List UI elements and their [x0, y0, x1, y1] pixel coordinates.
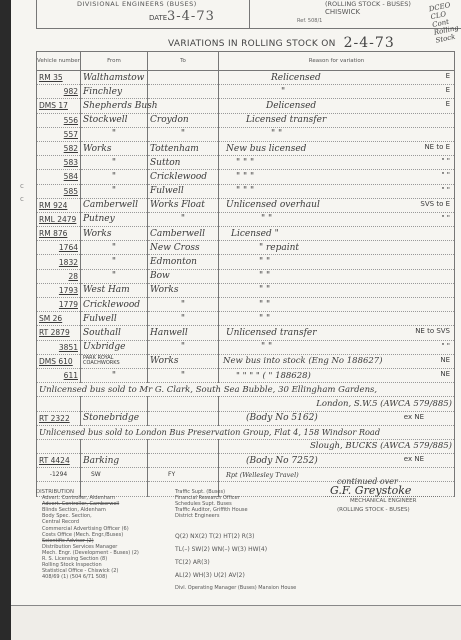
reason-text: Unlicensed transfer [226, 328, 317, 338]
vehicle-number: DMS 17 [37, 99, 81, 113]
from-cell: Uxbridge [81, 340, 148, 354]
to-cell: Works [148, 354, 219, 368]
code-text: E [446, 86, 450, 94]
sale-note-2-address: Slough, BUCKS (AWCA 579/885) [219, 439, 455, 453]
from-cell: " [81, 184, 148, 198]
table-row: 1832"Edmonton" " [37, 255, 455, 269]
reason-text: " " [259, 314, 270, 324]
to-cell: Works [148, 283, 219, 297]
reason-text: Licensed transfer [246, 115, 326, 125]
reason-cell: "E [219, 85, 455, 99]
reason-cell: " " [219, 283, 455, 297]
to-cell: Camberwell [148, 227, 219, 241]
col-reason: Reason for variation [219, 52, 455, 71]
from-cell: Fulwell [81, 312, 148, 326]
reason-text: " " [259, 285, 270, 295]
to-cell: Bow [148, 269, 219, 283]
distribution-middle-list: Traffic Supt. (Buses) Financial Research… [175, 489, 248, 519]
reason-cell: Licensed transfer [219, 113, 455, 127]
code-text: NE to E [424, 143, 450, 151]
sale-note-1-address: London, S.W.5 (AWCA 579/885) [219, 397, 455, 411]
table-row: 582WorksTottenhamNew bus licensedNE to E [37, 141, 455, 155]
page-title: VARIATIONS IN ROLLING STOCK ON2-4-73 [168, 34, 395, 50]
vehicle-number: 28 [37, 269, 81, 283]
reason-text: (Body No 7252) [246, 456, 318, 466]
vehicle-number: 585 [37, 184, 81, 198]
reference-number: Ref. 508/1 [297, 18, 322, 24]
reason-cell: " " "" " [219, 184, 455, 198]
reason-cell: (Body No 7252)ex NE [219, 454, 455, 468]
from-cell: " [81, 170, 148, 184]
table-row: 583"Sutton" " "" " [37, 156, 455, 170]
reason-text: " " [271, 129, 282, 139]
to-cell [148, 85, 219, 99]
from-cell: " [81, 368, 148, 382]
table-row: 28"Bow" " [37, 269, 455, 283]
header-right-title: (ROLLING STOCK - BUSES) [325, 0, 411, 8]
table-row: RM 876WorksCamberwellLicensed " [37, 227, 455, 241]
from-cell: Cricklewood [81, 298, 148, 312]
page-bottom [11, 606, 461, 640]
vehicle-number: RT 2322 [37, 411, 81, 425]
table-row: 584"Cricklewood" " "" " [37, 170, 455, 184]
from-cell: West Ham [81, 283, 148, 297]
from-cell: " [81, 255, 148, 269]
signatory-title: MECHANICAL ENGINEER [350, 498, 416, 504]
sale-note-2: Unlicensed bus sold to London Bus Preser… [37, 425, 455, 439]
vehicle-number: RM 35 [37, 71, 81, 85]
reason-text: Relicensed [271, 73, 321, 83]
to-cell: Works Float [148, 198, 219, 212]
col-vehicle-number: Vehicle number [37, 52, 81, 71]
col-to: To [148, 52, 219, 71]
reason-cell: " " [219, 269, 455, 283]
vehicle-number: 1779 [37, 298, 81, 312]
reason-cell: (Body No 5162)ex NE [219, 411, 455, 425]
from-cell: PARK ROYAL COACHWORKS [81, 354, 148, 368]
to-cell [148, 411, 219, 425]
operating-manager: Divl. Operating Manager (Buses) Mansion … [175, 582, 296, 595]
distribution-list: DISTRIBUTION Advert. Controller, Aldenha… [36, 489, 139, 580]
vehicle-number: 982 [37, 85, 81, 99]
reason-cell: " " "" " [219, 170, 455, 184]
code-text: SVS to E [420, 200, 450, 208]
code-text: " " [441, 342, 450, 350]
code-text: E [446, 72, 450, 80]
table-note-row: Slough, BUCKS (AWCA 579/885) [37, 439, 455, 453]
sale-note-1: Unlicensed bus sold to Mr G. Clark, Sout… [37, 383, 455, 397]
reason-cell: New bus into stock (Eng No 188627)NE [219, 354, 455, 368]
signature-line [325, 496, 440, 497]
garage-code-line: Q(2) NX(2) T(2) HT(2) R(3) [175, 530, 296, 543]
header-location: CHISWICK [325, 8, 360, 16]
to-cell: Fulwell [148, 184, 219, 198]
table-row: 1793West HamWorks" " [37, 283, 455, 297]
table-row: 1764"New Cross" repaint [37, 241, 455, 255]
from-cell: Walthamstow [81, 71, 148, 85]
vehicle-number: 556 [37, 113, 81, 127]
table-row: 982Finchley"E [37, 85, 455, 99]
to-cell: Cricklewood [148, 170, 219, 184]
to-cell: " [148, 212, 219, 226]
to-cell: " [148, 368, 219, 382]
reason-cell: " "" " [219, 212, 455, 226]
reason-cell: RelicensedE [219, 71, 455, 85]
vehicle-number: 3851 [37, 340, 81, 354]
date-value: 3-4-73 [167, 9, 215, 24]
table-row: DMS 610PARK ROYAL COACHWORKSWorksNew bus… [37, 354, 455, 368]
vehicle-number: RT 4424 [37, 454, 81, 468]
table-row: 556StockwellCroydonLicensed transfer [37, 113, 455, 127]
code-text: " " [441, 214, 450, 222]
reason-cell: " repaint [219, 241, 455, 255]
reason-text: Unlicensed overhaul [226, 200, 320, 210]
from-cell: " [81, 269, 148, 283]
reason-cell: Licensed " [219, 227, 455, 241]
check-mark-icon: c [20, 195, 24, 203]
table-note-row: Unlicensed bus sold to Mr G. Clark, Sout… [37, 383, 455, 397]
to-cell: Sutton [148, 156, 219, 170]
reason-text: Rpt (Wellesley Travel) [226, 471, 299, 479]
reason-text: " " [259, 271, 270, 281]
code-text: NE to SVS [415, 327, 450, 335]
to-cell: " [148, 298, 219, 312]
vehicle-number: 582 [37, 141, 81, 155]
header: DIVISIONAL ENGINEERS (BUSES) DATE 3-4-73… [36, 0, 461, 29]
vehicle-number: RML 2479 [37, 212, 81, 226]
reason-cell: " " [219, 298, 455, 312]
reason-text: " " " [236, 186, 254, 196]
vehicle-number: 584 [37, 170, 81, 184]
from-cell: Finchley [81, 85, 148, 99]
reason-text: " " " " ( " 188628) [236, 371, 311, 381]
vehicle-number: 1832 [37, 255, 81, 269]
from-cell: Shepherds Bush [81, 99, 148, 113]
reason-text: New bus licensed [226, 144, 306, 154]
table-row: DMS 17Shepherds BushDelicensedE [37, 99, 455, 113]
vehicle-number: 1764 [37, 241, 81, 255]
to-cell: Tottenham [148, 141, 219, 155]
vehicle-number: RM 876 [37, 227, 81, 241]
reason-cell: " " [219, 255, 455, 269]
reason-cell: " " "" " [219, 156, 455, 170]
from-cell: Works [81, 141, 148, 155]
vehicle-number: RM 924 [37, 198, 81, 212]
scan-edge [0, 0, 11, 640]
table-row: RT 2322Stonebridge(Body No 5162)ex NE [37, 411, 455, 425]
table-row: RT 2879SouthallHanwellUnlicensed transfe… [37, 326, 455, 340]
reason-cell: Unlicensed overhaulSVS to E [219, 198, 455, 212]
from-cell: Works [81, 227, 148, 241]
code-text: NE [440, 370, 450, 378]
reason-text: " repaint [259, 243, 299, 253]
vehicle-number: 583 [37, 156, 81, 170]
table-row: RM 35WalthamstowRelicensedE [37, 71, 455, 85]
distribution-item: District Engineers [175, 513, 248, 519]
reason-cell: " " [219, 312, 455, 326]
to-cell: " [148, 312, 219, 326]
reason-cell: New bus licensedNE to E [219, 141, 455, 155]
variations-table: Vehicle number From To Reason for variat… [36, 51, 455, 497]
vehicle-number: 1793 [37, 283, 81, 297]
header-left-title: DIVISIONAL ENGINEERS (BUSES) [77, 0, 197, 8]
code-text: ex NE [404, 413, 424, 421]
garage-code-line: AL(2) WH(3) U(2) AV(2) [175, 569, 296, 582]
vehicle-number: -1294 [37, 468, 81, 482]
garage-code-line: TC(2) AR(3) [175, 556, 296, 569]
vehicle-number: RT 2879 [37, 326, 81, 340]
to-cell: " [148, 127, 219, 141]
distribution-item: Commercial Advertising Officer (6) [36, 526, 139, 532]
title-date: 2-4-73 [344, 35, 395, 51]
code-text: NE [440, 356, 450, 364]
signatory-dept: (ROLLING STOCK - BUSES) [337, 507, 410, 513]
code-text: E [446, 100, 450, 108]
code-text: ex NE [404, 455, 424, 463]
check-mark-icon: c [20, 182, 24, 190]
date-label: DATE [149, 14, 167, 22]
reason-text: " " [261, 342, 272, 352]
from-cell: Camberwell [81, 198, 148, 212]
table-row: 3851Uxbridge"" "" " [37, 340, 455, 354]
code-text: " " [441, 186, 450, 194]
to-cell [148, 99, 219, 113]
to-cell: FY [148, 468, 219, 482]
garage-code-line: TL(–) SW(2) WN(–) W(3) HW(4) [175, 543, 296, 556]
reason-text: " " " [236, 158, 254, 168]
reason-cell: Unlicensed transferNE to SVS [219, 326, 455, 340]
from-text: PARK ROYAL COACHWORKS [83, 356, 141, 366]
reason-cell: " " " " ( " 188628)NE [219, 368, 455, 382]
from-cell: " [81, 156, 148, 170]
reason-text: " " " [236, 172, 254, 182]
table-row: 611""" " " " ( " 188628)NE [37, 368, 455, 382]
to-cell: Edmonton [148, 255, 219, 269]
from-cell: SW [81, 468, 148, 482]
from-cell: Putney [81, 212, 148, 226]
vehicle-number: 611 [37, 368, 81, 382]
garage-codes: Q(2) NX(2) T(2) HT(2) R(3) TL(–) SW(2) W… [175, 530, 296, 595]
vehicle-number: SM 26 [37, 312, 81, 326]
table-row: RM 924CamberwellWorks FloatUnlicensed ov… [37, 198, 455, 212]
from-cell: " [81, 241, 148, 255]
table-row: SM 26Fulwell"" " [37, 312, 455, 326]
reason-text: Licensed " [231, 229, 279, 239]
code-text: " " [441, 157, 450, 165]
from-cell: Stonebridge [81, 411, 148, 425]
from-cell: Southall [81, 326, 148, 340]
table-row: RT 4424Barking(Body No 7252)ex NE [37, 454, 455, 468]
reason-text: " " [261, 214, 272, 224]
title-text: VARIATIONS IN ROLLING STOCK ON [168, 39, 336, 49]
col-from: From [81, 52, 148, 71]
table-row: 585"Fulwell" " "" " [37, 184, 455, 198]
reason-text: Delicensed [266, 101, 316, 111]
table-note-row: Unlicensed bus sold to London Bus Preser… [37, 425, 455, 439]
distribution-item: 408/69 (1) (504 6/71 508) [36, 574, 139, 580]
from-cell: Barking [81, 454, 148, 468]
from-cell: Stockwell [81, 113, 148, 127]
reason-cell: DelicensedE [219, 99, 455, 113]
vehicle-number: DMS 610 [37, 354, 81, 368]
reason-text: (Body No 5162) [246, 413, 318, 423]
table-row: 557""" " [37, 127, 455, 141]
reason-text: " [281, 87, 285, 97]
to-cell: Hanwell [148, 326, 219, 340]
from-cell: " [81, 127, 148, 141]
to-cell: Croydon [148, 113, 219, 127]
reason-cell: " " [219, 127, 455, 141]
code-text: " " [441, 171, 450, 179]
to-cell [148, 454, 219, 468]
reason-text: " " [259, 300, 270, 310]
table-row: RML 2479Putney"" "" " [37, 212, 455, 226]
to-cell: " [148, 340, 219, 354]
reason-text: New bus into stock (Eng No 188627) [223, 356, 383, 366]
vehicle-number: 557 [37, 127, 81, 141]
table-note-row: London, S.W.5 (AWCA 579/885) [37, 397, 455, 411]
to-cell [148, 71, 219, 85]
to-cell: New Cross [148, 241, 219, 255]
reason-text: " " [259, 257, 270, 267]
table-row: 1779Cricklewood"" " [37, 298, 455, 312]
reason-cell: " "" " [219, 340, 455, 354]
